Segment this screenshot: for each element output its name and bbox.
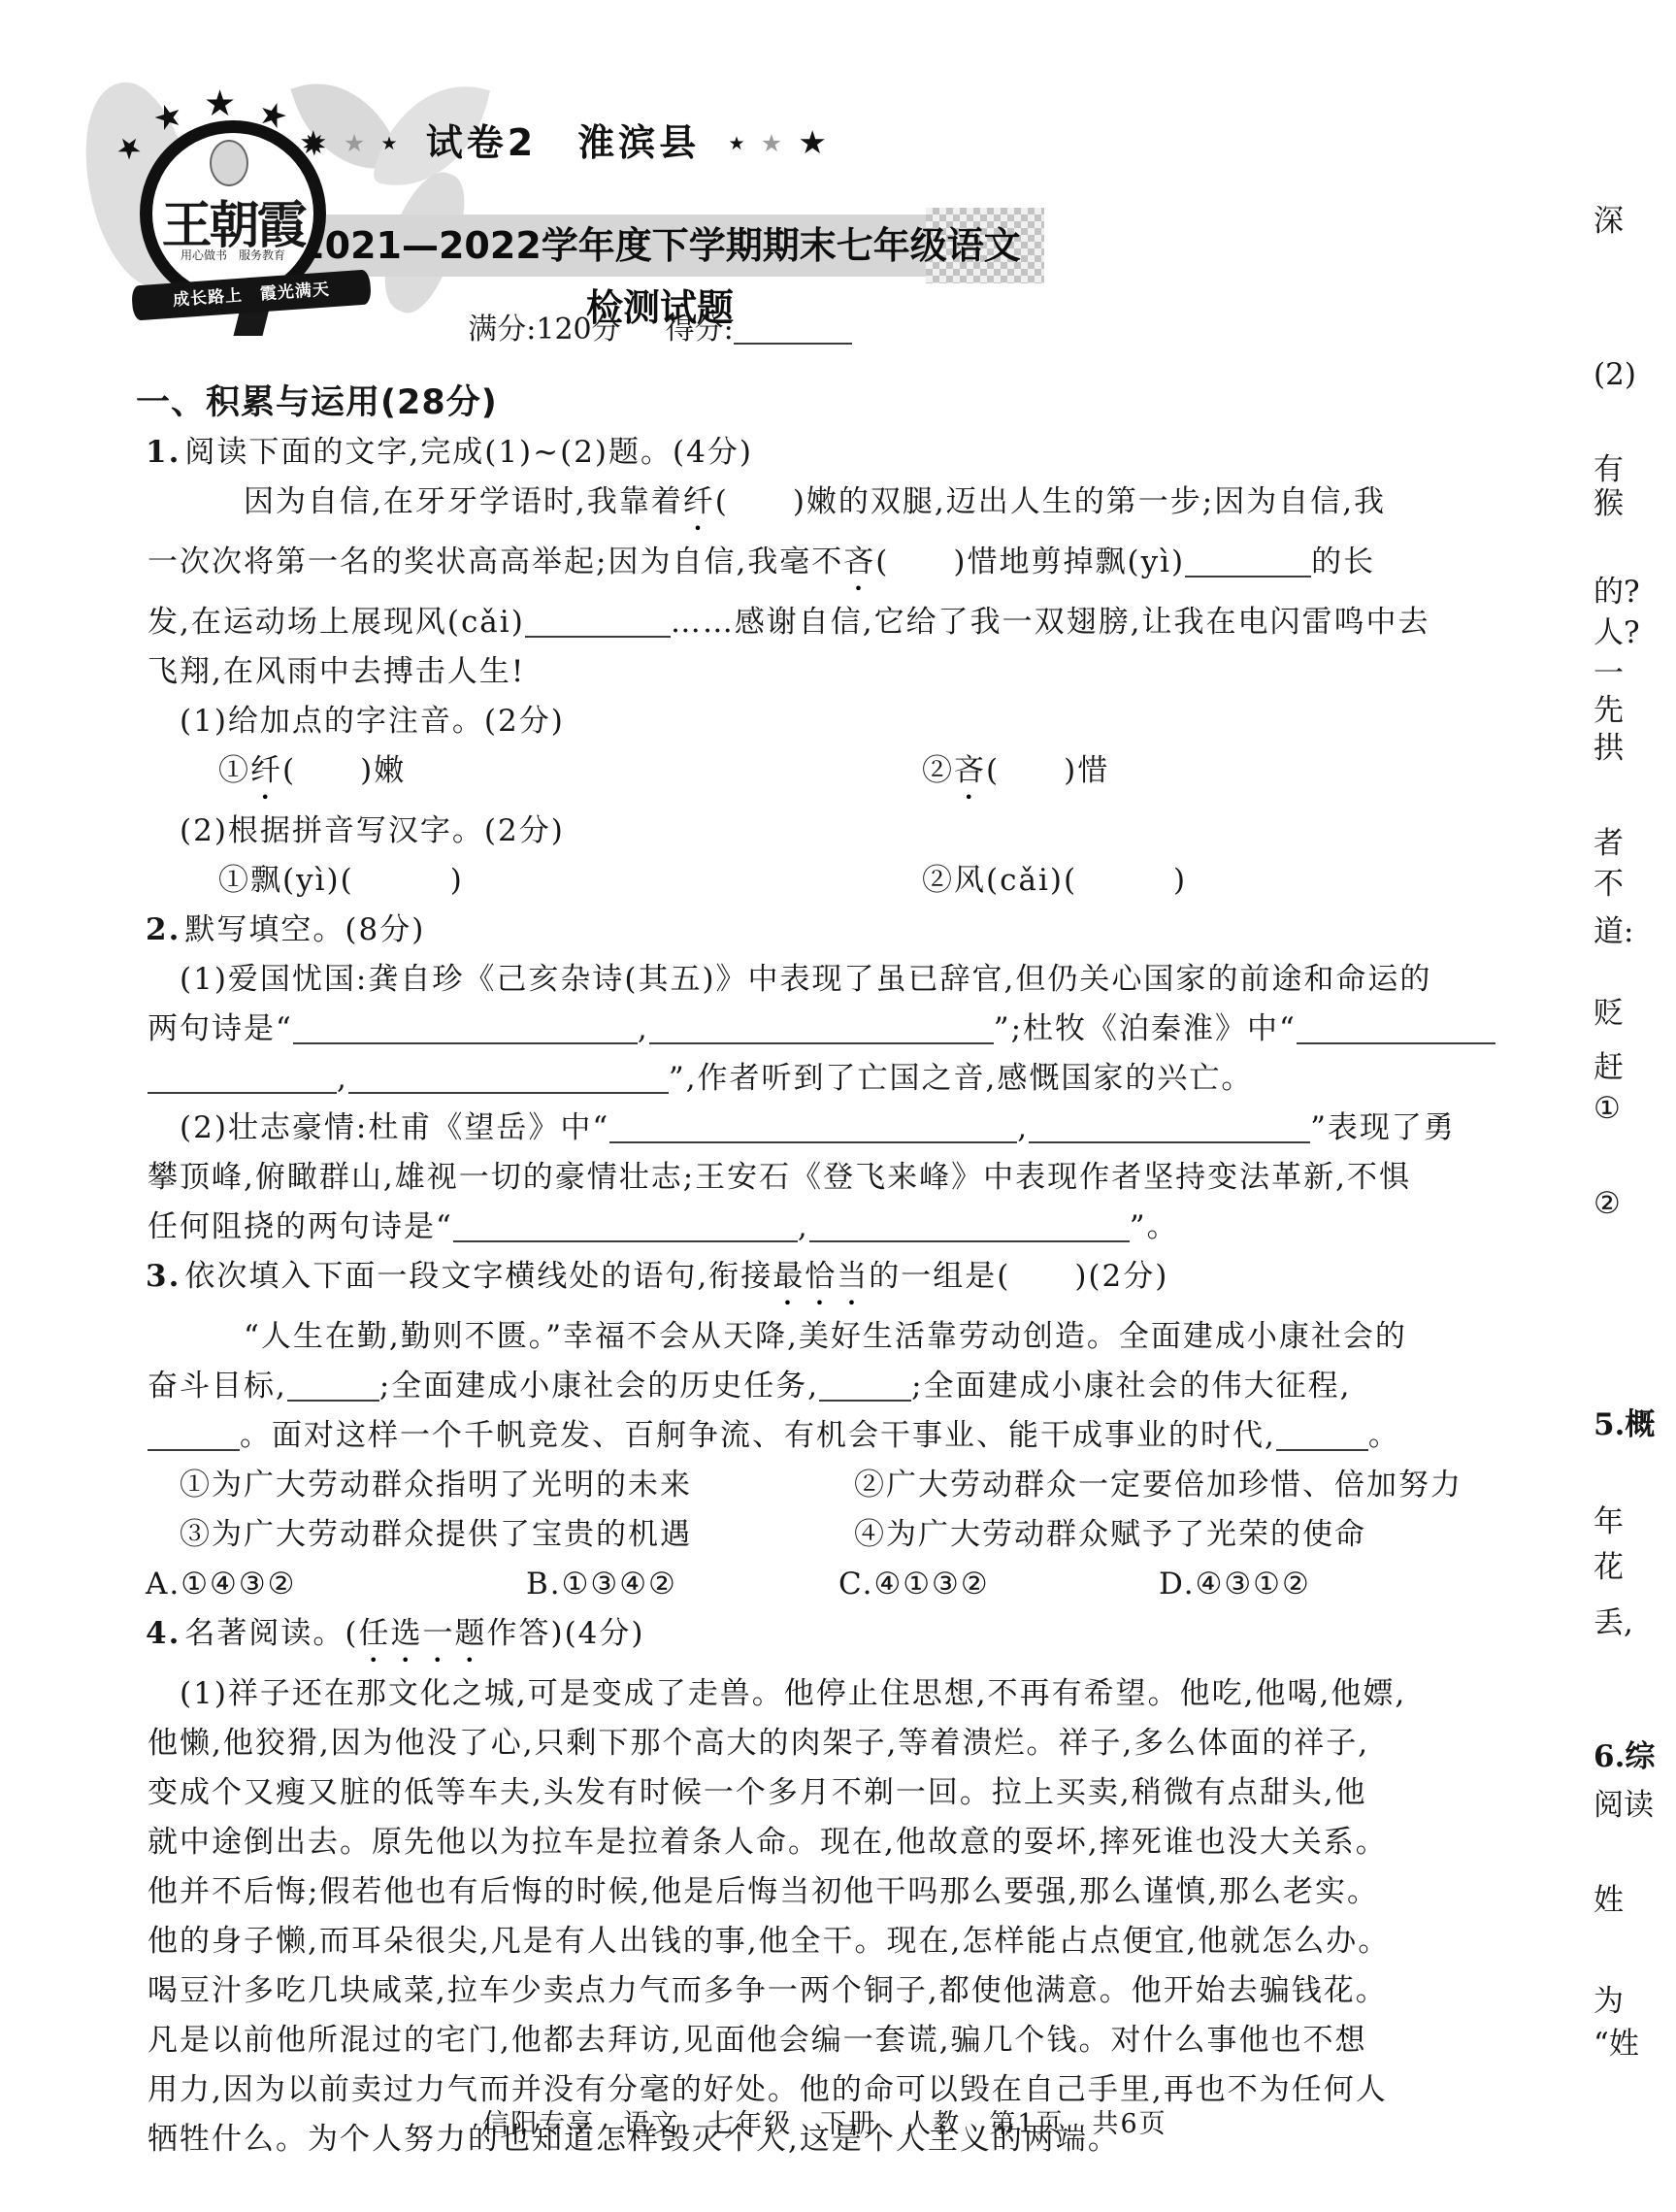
text-segment: 。 <box>1368 1418 1400 1453</box>
text-segment: “人生在勤,勤则不匮。”幸福不会从天降,美好生活靠劳动创造。全面建成小康社会的 <box>148 1319 1407 1354</box>
passage-line: 一次次将第一名的奖状高高举起;因为自信,我毫不吝( )惜地剪掉飘(yì)的长 <box>148 538 1587 598</box>
passage-line: 喝豆汁多吃几块咸菜,拉车少卖点力气而多争一两个铜子,都使他满意。他开始去骗钱花。 <box>148 1966 1587 2016</box>
full-score-label: 满分:120分 <box>468 313 620 347</box>
text-segment: 吝 <box>843 545 875 579</box>
text-segment: 的一组是( )(2分) <box>869 1259 1168 1294</box>
passage-line: (1)祥子还在那文化之城,可是变成了走兽。他停止住思想,不再有希望。他吃,他喝,… <box>148 1669 1587 1719</box>
passage-line: 凡是以前他所混过的宅门,他都去拜访,见面他会编一套谎,骗几个钱。对什么事他也不想 <box>148 2016 1587 2065</box>
fill-in-blank <box>287 1367 379 1402</box>
passage-line: 就中途倒出去。原先他以为拉车是拉着条人命。现在,他故意的耍坏,摔死谁也没大关系。 <box>148 1818 1587 1867</box>
text-segment: 飞翔,在风雨中去搏击人生! <box>148 654 525 689</box>
text-segment: 就中途倒出去。原先他以为拉车是拉着条人命。现在,他故意的耍坏,摔死谁也没大关系。 <box>148 1825 1388 1860</box>
brand-tagline: 用心做书 服务教育 <box>140 247 326 263</box>
right-edge-fragment: 花 <box>1594 1548 1624 1587</box>
text-segment: ( )嫩的双腿,迈出人生的第一步;因为自信,我 <box>715 484 1386 519</box>
q3-choice-a: A.①④③② <box>146 1560 526 1609</box>
q3-options-row-2: ③为广大劳动群众提供了宝贵的机遇 ④为广大劳动群众赋予了光荣的使命 <box>180 1510 1587 1560</box>
text-segment: ;全面建成小康社会的历史任务, <box>379 1369 819 1403</box>
q1-sub1-items: ①纤( )嫩 ②吝( )惜 <box>218 746 1587 807</box>
text-segment: ”;杜牧《泊秦淮》中“ <box>994 1011 1297 1046</box>
text-segment: 奋斗目标, <box>148 1369 287 1403</box>
q1-sub1-label: (1)给加点的字注音。(2分) <box>180 697 1587 746</box>
text-segment: 因为自信,在牙牙学语时,我靠着 <box>148 484 683 519</box>
fill-in-blank <box>1029 1108 1310 1143</box>
text-segment: 任选一题 <box>358 1616 486 1651</box>
right-edge-fragment: 年 <box>1594 1502 1624 1541</box>
text-segment: 凡是以前他所混过的宅门,他都去拜访,见面他会编一套谎,骗几个钱。对什么事他也不想 <box>148 2023 1367 2058</box>
right-edge-fragment: 贬 <box>1594 994 1624 1033</box>
q3-passage: “人生在勤,勤则不匮。”幸福不会从天降,美好生活靠劳动创造。全面建成小康社会的奋… <box>148 1312 1587 1461</box>
q3-option-1: ①为广大劳动群众指明了光明的未来 <box>180 1461 854 1510</box>
right-edge-fragment: 姓 <box>1594 1881 1624 1920</box>
q3-option-2: ②广大劳动群众一定要倍加珍惜、倍加努力 <box>854 1461 1462 1510</box>
text-segment: (2)壮志豪情:杜甫《望岳》中“ <box>148 1110 609 1145</box>
q1-sub2-items: ①飘(yì)( ) ②风(cǎi)( ) <box>218 856 1587 906</box>
star-icon: ★ <box>728 133 744 154</box>
fill-in-blank <box>809 1207 1130 1242</box>
right-edge-fragment: 丢, <box>1594 1603 1633 1642</box>
q2-stem: 2.默写填空。(8分) <box>146 906 1587 955</box>
q1-number: 1. <box>146 435 181 470</box>
star-icon: ★ <box>798 123 827 161</box>
passage-line: (1)爱国忧国:龚自珍《己亥杂诗(其五)》中表现了虽已辞官,但仍关心国家的前途和… <box>148 955 1587 1005</box>
right-edge-fragment: 人? <box>1594 613 1640 652</box>
star-icon: ★ <box>344 129 365 157</box>
text-segment: 吝 <box>954 753 986 788</box>
text-segment: ”。 <box>1130 1209 1179 1244</box>
text-segment: 名著阅读。( <box>184 1616 358 1651</box>
passage-line: (2)壮志豪情:杜甫《望岳》中“,”表现了勇 <box>148 1104 1587 1153</box>
q1-passage: 因为自信,在牙牙学语时,我靠着纤( )嫩的双腿,迈出人生的第一步;因为自信,我一… <box>148 478 1587 697</box>
text-segment: 他并不后悔;假若他也有后悔的时候,他是后悔当初他干吗那么要强,那么谨慎,那么老实… <box>148 1874 1379 1909</box>
right-edge-fragment: 5.概 <box>1594 1405 1655 1444</box>
fill-in-blank <box>148 1416 240 1451</box>
text-segment: ①飘(yì)( ) <box>218 863 464 898</box>
fill-in-blank <box>819 1367 911 1402</box>
text-segment: 喝豆汁多吃几块咸菜,拉车少卖点力气而多争一两个铜子,都使他满意。他开始去骗钱花。 <box>148 1973 1388 2008</box>
fill-in-blank <box>525 603 671 638</box>
q2-number: 2. <box>146 912 181 947</box>
right-edge-fragment: 阅读 <box>1594 1786 1654 1825</box>
text-segment: 的长 <box>1311 545 1375 579</box>
text-segment: 作答)(4分) <box>486 1616 644 1651</box>
right-edge-fragment: 赶 <box>1594 1048 1624 1087</box>
q3-choice-c: C.④①③② <box>838 1560 1159 1609</box>
right-edge-fragment: ② <box>1594 1184 1621 1223</box>
right-edge-fragment: 道: <box>1594 912 1633 951</box>
fill-in-blank <box>649 1009 994 1044</box>
passage-line: 飞翔,在风雨中去搏击人生! <box>148 647 1587 697</box>
text-segment: ① <box>218 753 250 788</box>
fill-in-blank <box>609 1108 1017 1143</box>
text-segment: ( )惜地剪掉飘(yì) <box>875 545 1185 579</box>
text-segment: 一次次将第一名的奖状高高举起;因为自信,我毫不 <box>148 545 843 579</box>
main-content: 一、积累与运用(28分) 1.阅读下面的文字,完成(1)~(2)题。(4分) 因… <box>136 379 1587 2164</box>
text-segment: 任何阻挠的两句诗是“ <box>148 1209 453 1244</box>
q1-sub2-item-a: ①飘(yì)( ) <box>218 856 922 906</box>
q4-passage: (1)祥子还在那文化之城,可是变成了走兽。他停止住思想,不再有希望。他吃,他喝,… <box>148 1669 1587 2164</box>
fill-in-blank <box>293 1009 638 1044</box>
registered-mark: ® <box>307 177 321 194</box>
right-edge-fragment: 有 <box>1594 450 1624 489</box>
text-segment: ”,作者听到了亡国之音,感慨国家的兴亡。 <box>669 1061 1254 1096</box>
q2-lines: (1)爱国忧国:龚自珍《己亥杂诗(其五)》中表现了虽已辞官,但仍关心国家的前途和… <box>148 955 1587 1252</box>
passage-line: 他并不后悔;假若他也有后悔的时候,他是后悔当初他干吗那么要强,那么谨慎,那么老实… <box>148 1867 1587 1917</box>
fill-in-blank <box>1276 1416 1368 1451</box>
passage-line: 因为自信,在牙牙学语时,我靠着纤( )嫩的双腿,迈出人生的第一步;因为自信,我 <box>148 478 1587 538</box>
q1-stem: 1.阅读下面的文字,完成(1)~(2)题。(4分) <box>146 428 1587 478</box>
passage-line: 任何阻挠的两句诗是“,”。 <box>148 1203 1587 1252</box>
text-segment: ② <box>922 753 954 788</box>
text-segment: ;全面建成小康社会的伟大征程, <box>911 1369 1351 1403</box>
right-edge-fragment: 6.综 <box>1594 1737 1655 1776</box>
q3-stem-text: 依次填入下面一段文字横线处的语句,衔接最恰当的一组是( )(2分) <box>184 1259 1168 1294</box>
text-segment: ( )惜 <box>986 753 1109 788</box>
passage-line: 。面对这样一个千帆竞发、百舸争流、有机会干事业、能干成事业的时代,。 <box>148 1411 1587 1461</box>
text-segment: 纤 <box>683 484 715 519</box>
right-edge-fragment: ① <box>1594 1089 1621 1128</box>
passage-line: 攀顶峰,俯瞰群山,雄视一切的豪情壮志;王安石《登飞来峰》中表现作者坚持变法革新,… <box>148 1153 1587 1203</box>
text-segment: 变成个又瘦又脏的低等车夫,头发有时候一个多月不剃一回。拉上买卖,稍微有点甜头,他 <box>148 1775 1367 1810</box>
score-label: 得分: <box>666 313 734 347</box>
exam-paper-page: ★ ★ ★ ★ ★ 王朝霞 ® 用心做书 服务教育 成长路上 霞光满天 ★ ★ … <box>0 0 1676 2212</box>
passage-line: 变成个又瘦又脏的低等车夫,头发有时候一个多月不剃一回。拉上买卖,稍微有点甜头,他 <box>148 1768 1587 1818</box>
text-segment: ②风(cǎi)( ) <box>922 863 1187 898</box>
q3-choice-b: B.①③④② <box>526 1560 838 1609</box>
q3-option-3: ③为广大劳动群众提供了宝贵的机遇 <box>180 1510 854 1560</box>
score-line: 满分:120分得分: <box>291 305 1029 347</box>
right-edge-fragment: 的? <box>1594 573 1640 611</box>
right-edge-fragment: 深 <box>1594 202 1624 241</box>
paper-label: 试卷2 淮滨县 <box>426 121 700 164</box>
right-edge-column: 深(2)有猴的?人?一先拱者不道:贬赶①②5.概年花丢,6.综阅读姓为“姓 <box>1594 0 1676 2212</box>
star-icon: ★ <box>761 129 782 157</box>
text-segment: 两句诗是“ <box>148 1011 293 1046</box>
q1-sub1-item-b: ②吝( )惜 <box>922 746 1109 807</box>
portrait-photo <box>210 140 248 186</box>
q4-stem: 4.名著阅读。(任选一题作答)(4分) <box>146 1609 1587 1669</box>
passage-line: 两句诗是“,”;杜牧《泊秦淮》中“ <box>148 1005 1587 1054</box>
right-edge-fragment: 拱 <box>1594 729 1624 768</box>
fill-in-blank <box>348 1059 669 1094</box>
q2-stem-text: 默写填空。(8分) <box>184 912 425 947</box>
title-band: 2021—2022学年度下学期期末七年级语文检测试题 <box>287 215 1033 277</box>
text-segment: 发,在运动场上展现风(cǎi) <box>148 605 525 640</box>
q3-option-4: ④为广大劳动群众赋予了光荣的使命 <box>854 1510 1366 1560</box>
text-segment: (1)祥子还在那文化之城,可是变成了走兽。他停止住思想,不再有希望。他吃,他喝,… <box>148 1676 1406 1711</box>
q4-number: 4. <box>146 1616 181 1651</box>
passage-line: ,”,作者听到了亡国之音,感慨国家的兴亡。 <box>148 1054 1587 1104</box>
star-icon: ★ <box>204 85 236 121</box>
text-segment: , <box>1017 1110 1029 1145</box>
right-edge-fragment: 不 <box>1594 865 1624 904</box>
right-edge-fragment: (2) <box>1594 355 1636 394</box>
passage-line: 他懒,他狡猾,因为他没了心,只剩下那个高大的肉架子,等着溃烂。祥子,多么体面的祥… <box>148 1719 1587 1768</box>
passage-line: 他的身子懒,而耳朵很尖,凡是有人出钱的事,他全干。现在,怎样能占点便宜,他就怎么… <box>148 1917 1587 1966</box>
q3-options-row-1: ①为广大劳动群众指明了光明的未来 ②广大劳动群众一定要倍加珍惜、倍加努力 <box>180 1461 1587 1510</box>
text-segment: 他懒,他狡猾,因为他没了心,只剩下那个高大的肉架子,等着溃烂。祥子,多么体面的祥… <box>148 1726 1369 1761</box>
passage-line: “人生在勤,勤则不匮。”幸福不会从天降,美好生活靠劳动创造。全面建成小康社会的 <box>148 1312 1587 1362</box>
q1-stem-text: 阅读下面的文字,完成(1)~(2)题。(4分) <box>184 435 753 470</box>
q3-stem: 3.依次填入下面一段文字横线处的语句,衔接最恰当的一组是( )(2分) <box>146 1252 1587 1312</box>
text-segment: 。面对这样一个千帆竞发、百舸争流、有机会干事业、能干成事业的时代, <box>240 1418 1276 1453</box>
section-heading: 一、积累与运用(28分) <box>136 379 1587 428</box>
text-segment: (1)爱国忧国:龚自珍《己亥杂诗(其五)》中表现了虽已辞官,但仍关心国家的前途和… <box>148 962 1431 997</box>
q1-sub2-item-b: ②风(cǎi)( ) <box>922 856 1187 906</box>
text-segment: 依次填入下面一段文字横线处的语句,衔接 <box>184 1259 772 1294</box>
fill-in-blank <box>453 1207 798 1242</box>
q1-sub1-item-a: ①纤( )嫩 <box>218 746 922 807</box>
fill-in-blank <box>1297 1009 1495 1044</box>
text-segment: 最恰当 <box>772 1259 869 1294</box>
right-edge-fragment: 为 <box>1594 1982 1624 2021</box>
score-blank <box>734 310 852 345</box>
passage-line: 奋斗目标,;全面建成小康社会的历史任务,;全面建成小康社会的伟大征程, <box>148 1362 1587 1411</box>
passage-line: 发,在运动场上展现风(cǎi)……感谢自信,它给了我一双翅膀,让我在电闪雷鸣中去 <box>148 598 1587 647</box>
text-segment: 纤 <box>250 753 282 788</box>
fill-in-blank <box>1185 543 1311 578</box>
q1-sub2-label: (2)根据拼音写汉字。(2分) <box>180 807 1587 856</box>
text-segment: ”表现了勇 <box>1310 1110 1456 1145</box>
right-edge-fragment: 者 <box>1594 824 1624 863</box>
q4-stem-text: 名著阅读。(任选一题作答)(4分) <box>184 1616 644 1651</box>
right-edge-fragment: 一 <box>1594 654 1624 693</box>
star-icon: ★ <box>380 133 397 154</box>
text-segment: , <box>798 1209 809 1244</box>
text-segment: ( )嫩 <box>282 753 406 788</box>
q3-choices: A.①④③② B.①③④② C.④①③② D.④③①② <box>146 1560 1587 1609</box>
text-segment: 攀顶峰,俯瞰群山,雄视一切的豪情壮志;王安石《登飞来峰》中表现作者坚持变法革新,… <box>148 1160 1411 1195</box>
page-footer: 信阳专享 语文 七年级 下册 人教 第1页 共6页 <box>78 2102 1572 2140</box>
fill-in-blank <box>148 1059 337 1094</box>
q3-number: 3. <box>146 1259 181 1294</box>
text-segment: , <box>337 1061 348 1096</box>
right-edge-fragment: 猴 <box>1594 484 1624 523</box>
right-edge-fragment: “姓 <box>1594 2025 1639 2063</box>
text-segment: 他的身子懒,而耳朵很尖,凡是有人出钱的事,他全干。现在,怎样能占点便宜,他就怎么… <box>148 1924 1390 1959</box>
text-segment: ……感谢自信,它给了我一双翅膀,让我在电闪雷鸣中去 <box>671 605 1430 640</box>
q3-choice-d: D.④③①② <box>1159 1560 1311 1609</box>
text-segment: , <box>638 1011 649 1046</box>
right-edge-fragment: 先 <box>1594 691 1624 730</box>
